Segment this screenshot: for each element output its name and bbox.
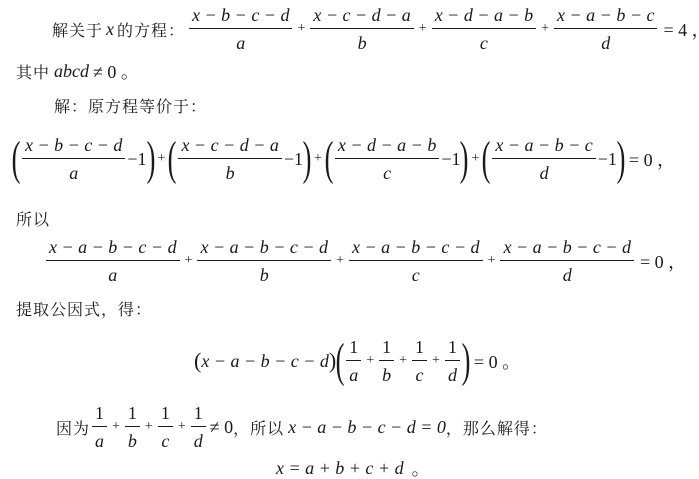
condition-expr: abcd	[54, 61, 89, 82]
right-paren: )	[303, 135, 312, 183]
recip-2: 1b	[125, 402, 140, 452]
right-paren: )	[617, 135, 626, 183]
step1-rhs: = 0 ，	[629, 146, 675, 172]
solve-suffix: ，那么解得：	[446, 416, 548, 439]
problem-rhs: = 4 ，	[663, 16, 699, 42]
factor-label: 提取公因式，得：	[16, 297, 152, 320]
problem-statement: 解关于 x 的方程： x − b − c − da + x − c − d − …	[52, 4, 699, 54]
right-paren: )	[462, 337, 471, 385]
variable-x: x	[106, 19, 114, 40]
final-answer: x = a + b + c + d 。	[276, 455, 430, 479]
recip-3: 1c	[412, 336, 427, 386]
problem-intro: 解关于	[52, 18, 103, 41]
recip-2: 1b	[379, 336, 394, 386]
combined-term-1: x − a − b − c − da	[46, 236, 180, 286]
step3-rhs: = 0 。	[474, 348, 520, 374]
term-4: x − a − b − cd	[492, 134, 595, 184]
condition: 其中 abcd ≠ 0 。	[16, 58, 139, 84]
combined-term-4: x − a − b − c − dd	[500, 236, 634, 286]
therefore-middle: ，所以	[233, 416, 284, 439]
left-paren: (	[168, 135, 177, 183]
recip-4: 1d	[191, 402, 206, 452]
left-paren: (	[325, 135, 334, 183]
recip-3: 1c	[158, 402, 173, 452]
left-paren: (	[12, 135, 21, 183]
answer-expr: x = a + b + c + d	[276, 458, 404, 479]
recip-1: 1a	[346, 336, 361, 386]
problem-intro-2: 的方程：	[117, 18, 185, 41]
answer-end: 。	[412, 455, 430, 479]
because-line: 因为 1a + 1b + 1c + 1d ≠ 0 ，所以 x − a − b −…	[56, 402, 548, 452]
right-paren: )	[146, 135, 155, 183]
equivalent-equation: ( x − b − c − da −1 ) + ( x − c − d − ab…	[12, 134, 675, 184]
fraction-3: x − d − a − bc	[432, 4, 536, 54]
because-prefix: 因为	[56, 416, 90, 439]
fraction-1: x − b − c − da	[189, 4, 292, 54]
left-paren: (	[336, 337, 345, 385]
condition-rest: ≠ 0 。	[93, 58, 139, 84]
step2-rhs: = 0 ，	[640, 248, 686, 274]
factor-expr: x − a − b − c − d	[201, 351, 329, 372]
term-2: x − c − d − ab	[178, 134, 281, 184]
factored-equation: ( x − a − b − c − d ) ( 1a + 1b + 1c + 1…	[194, 336, 520, 386]
zero-expr: x − a − b − c − d = 0	[288, 417, 446, 438]
combined-equation: x − a − b − c − da + x − a − b − c − db …	[44, 236, 686, 286]
neq-zero: ≠ 0	[210, 417, 233, 438]
solution-label: 解：原方程等价于：	[54, 94, 207, 117]
left-paren: (	[482, 135, 491, 183]
term-3: x − d − a − bc	[335, 134, 439, 184]
term-1: x − b − c − da	[22, 134, 125, 184]
fraction-2: x − c − d − ab	[310, 4, 413, 54]
right-paren: )	[460, 135, 469, 183]
therefore-label: 所以	[16, 207, 50, 230]
combined-term-2: x − a − b − c − db	[197, 236, 331, 286]
condition-prefix: 其中	[16, 60, 50, 83]
fraction-4: x − a − b − cd	[554, 4, 657, 54]
recip-4: 1d	[445, 336, 460, 386]
combined-term-3: x − a − b − c − dc	[349, 236, 483, 286]
recip-1: 1a	[92, 402, 107, 452]
